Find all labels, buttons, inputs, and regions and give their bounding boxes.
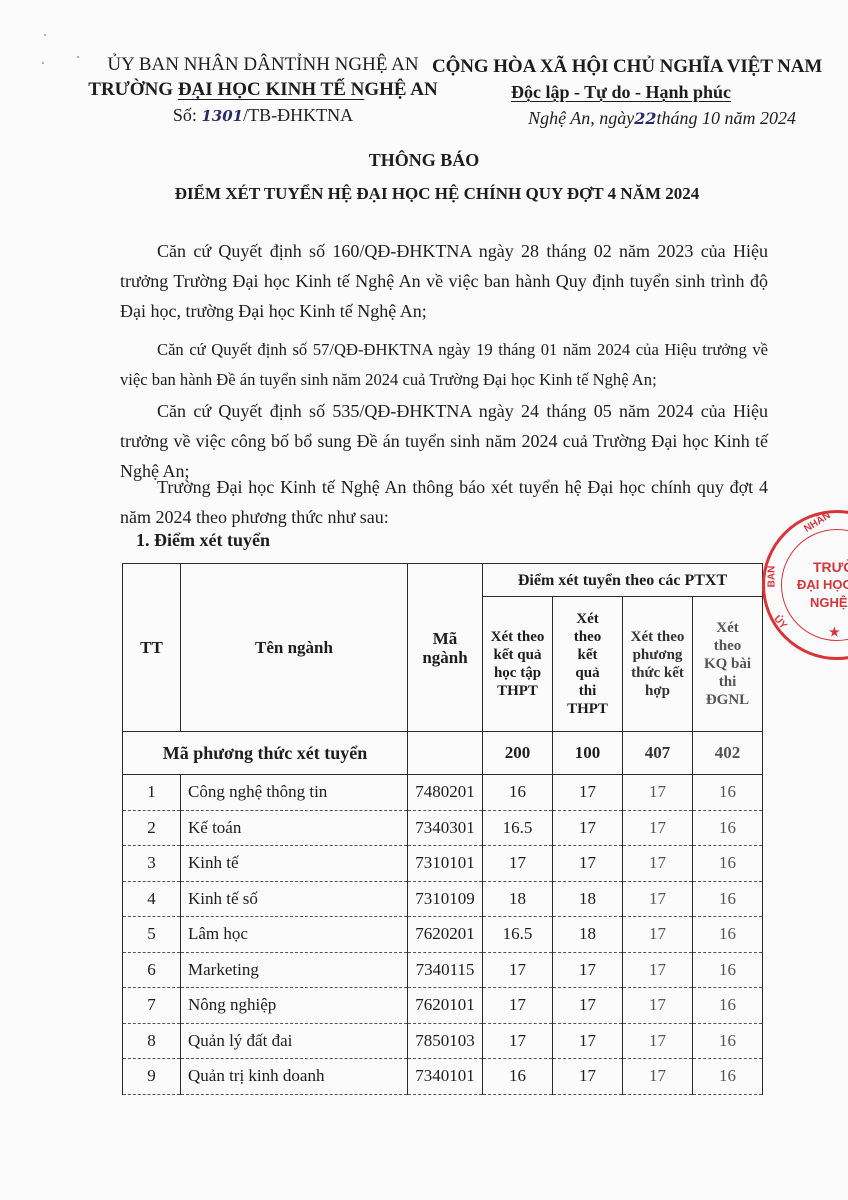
nation-name: CỘNG HÒA XÃ HỘI CHỦ NGHĨA VIỆT NAM bbox=[432, 54, 810, 80]
score-hoc-ba: 16.5 bbox=[483, 917, 553, 953]
table-row: 6Marketing734011517171716 bbox=[123, 952, 763, 988]
major-code: 7340301 bbox=[408, 810, 483, 846]
row-index: 9 bbox=[123, 1059, 181, 1095]
major-name: Quản lý đất đai bbox=[181, 1023, 408, 1059]
method-code: 100 bbox=[553, 732, 623, 775]
row-index: 4 bbox=[123, 881, 181, 917]
header-method-thi-thpt: Xét theo kết quả thi THPT bbox=[553, 597, 623, 732]
score-dgnl: 16 bbox=[693, 775, 763, 811]
major-code: 7850103 bbox=[408, 1023, 483, 1059]
major-code: 7340101 bbox=[408, 1059, 483, 1095]
score-hoc-ba: 18 bbox=[483, 881, 553, 917]
score-thi-thpt: 17 bbox=[553, 775, 623, 811]
scan-speck bbox=[77, 56, 79, 58]
table-row: 8Quản lý đất đai785010317171716 bbox=[123, 1023, 763, 1059]
score-hoc-ba: 16 bbox=[483, 775, 553, 811]
scan-speck bbox=[44, 34, 46, 36]
major-name: Kinh tế số bbox=[181, 881, 408, 917]
method-code: 407 bbox=[623, 732, 693, 775]
major-name: Lâm học bbox=[181, 917, 408, 953]
score-thi-thpt: 17 bbox=[553, 952, 623, 988]
score-thi-thpt: 17 bbox=[553, 988, 623, 1024]
authority-name: ỦY BAN NHÂN DÂNTỈNH NGHỆ AN bbox=[88, 52, 438, 78]
score-dgnl: 16 bbox=[693, 917, 763, 953]
table-row: 7Nông nghiệp762010117171716 bbox=[123, 988, 763, 1024]
paragraph-basis-1: Căn cứ Quyết định số 160/QĐ-ĐHKTNA ngày … bbox=[120, 236, 768, 326]
issuer-header: ỦY BAN NHÂN DÂNTỈNH NGHỆ AN TRƯỜNG ĐẠI H… bbox=[88, 52, 438, 129]
admission-scores-table: TT Tên ngành Mã ngành Điểm xét tuyển the… bbox=[122, 563, 763, 1095]
score-hoc-ba: 17 bbox=[483, 988, 553, 1024]
score-ket-hop: 17 bbox=[623, 1059, 693, 1095]
score-ket-hop: 17 bbox=[623, 846, 693, 882]
header-score-group: Điểm xét tuyển theo các PTXT bbox=[483, 564, 763, 597]
star-icon: ★ bbox=[829, 625, 840, 639]
header-method-hoc-ba: Xét theo kết quả học tập THPT bbox=[483, 597, 553, 732]
score-ket-hop: 17 bbox=[623, 988, 693, 1024]
score-thi-thpt: 18 bbox=[553, 917, 623, 953]
national-header: CỘNG HÒA XÃ HỘI CHỦ NGHĨA VIỆT NAM Độc l… bbox=[432, 54, 810, 133]
score-ket-hop: 17 bbox=[623, 810, 693, 846]
handwritten-day: 22 bbox=[634, 109, 656, 128]
document-title: THÔNG BÁO bbox=[0, 150, 848, 171]
table-row: 4Kinh tế số731010918181716 bbox=[123, 881, 763, 917]
score-ket-hop: 17 bbox=[623, 917, 693, 953]
paragraph-basis-2: Căn cứ Quyết định số 57/QĐ-ĐHKTNA ngày 1… bbox=[120, 335, 768, 395]
method-code: 402 bbox=[693, 732, 763, 775]
major-code: 7310101 bbox=[408, 846, 483, 882]
table-row: 2Kế toán734030116.5171716 bbox=[123, 810, 763, 846]
handwritten-number: 1301 bbox=[201, 107, 243, 125]
header-tt: TT bbox=[123, 564, 181, 732]
major-code: 7620201 bbox=[408, 917, 483, 953]
row-index: 3 bbox=[123, 846, 181, 882]
method-code-row: Mã phương thức xét tuyển 200 100 407 402 bbox=[123, 732, 763, 775]
row-index: 7 bbox=[123, 988, 181, 1024]
school-name: TRƯỜNG ĐẠI HỌC KINH TẾ NGHỆ AN bbox=[88, 78, 438, 102]
major-name: Marketing bbox=[181, 952, 408, 988]
score-ket-hop: 17 bbox=[623, 1023, 693, 1059]
document-date: Nghệ An, ngày22tháng 10 năm 2024 bbox=[432, 104, 810, 133]
document-number: Số: 1301/TB-ĐHKTNA bbox=[88, 102, 438, 129]
header-major-name: Tên ngành bbox=[181, 564, 408, 732]
row-index: 1 bbox=[123, 775, 181, 811]
major-code: 7310109 bbox=[408, 881, 483, 917]
method-code-empty bbox=[408, 732, 483, 775]
row-index: 5 bbox=[123, 917, 181, 953]
score-dgnl: 16 bbox=[693, 988, 763, 1024]
header-method-dgnl: Xét theo KQ bài thi ĐGNL bbox=[693, 597, 763, 732]
score-hoc-ba: 17 bbox=[483, 846, 553, 882]
row-index: 6 bbox=[123, 952, 181, 988]
table-row: 1Công nghệ thông tin748020116171716 bbox=[123, 775, 763, 811]
score-dgnl: 16 bbox=[693, 1059, 763, 1095]
score-thi-thpt: 18 bbox=[553, 881, 623, 917]
score-thi-thpt: 17 bbox=[553, 810, 623, 846]
section-heading: 1. Điểm xét tuyển bbox=[136, 530, 270, 551]
major-name: Quản trị kinh doanh bbox=[181, 1059, 408, 1095]
major-code: 7340115 bbox=[408, 952, 483, 988]
header-method-ket-hop: Xét theo phương thức kết hợp bbox=[623, 597, 693, 732]
score-dgnl: 16 bbox=[693, 881, 763, 917]
major-name: Kế toán bbox=[181, 810, 408, 846]
major-code: 7480201 bbox=[408, 775, 483, 811]
score-dgnl: 16 bbox=[693, 846, 763, 882]
major-name: Kinh tế bbox=[181, 846, 408, 882]
table-row: 3Kinh tế731010117171716 bbox=[123, 846, 763, 882]
score-thi-thpt: 17 bbox=[553, 846, 623, 882]
national-motto: Độc lập - Tự do - Hạnh phúc bbox=[432, 80, 810, 104]
major-name: Nông nghiệp bbox=[181, 988, 408, 1024]
score-dgnl: 16 bbox=[693, 952, 763, 988]
row-index: 2 bbox=[123, 810, 181, 846]
table-row: 9Quản trị kinh doanh734010116171716 bbox=[123, 1059, 763, 1095]
score-thi-thpt: 17 bbox=[553, 1059, 623, 1095]
score-dgnl: 16 bbox=[693, 1023, 763, 1059]
paragraph-announcement: Trường Đại học Kinh tế Nghệ An thông báo… bbox=[120, 472, 768, 532]
table-row: 5Lâm học762020116.5181716 bbox=[123, 917, 763, 953]
red-seal-stamp: NHÂN BAN ỦY TRƯỜ ĐẠI HỌC NGHỆ ★ bbox=[762, 510, 848, 660]
major-name: Công nghệ thông tin bbox=[181, 775, 408, 811]
score-hoc-ba: 16 bbox=[483, 1059, 553, 1095]
score-dgnl: 16 bbox=[693, 810, 763, 846]
header-major-code: Mã ngành bbox=[408, 564, 483, 732]
method-code: 200 bbox=[483, 732, 553, 775]
score-hoc-ba: 17 bbox=[483, 1023, 553, 1059]
score-ket-hop: 17 bbox=[623, 881, 693, 917]
major-code: 7620101 bbox=[408, 988, 483, 1024]
scan-speck bbox=[42, 62, 44, 64]
row-index: 8 bbox=[123, 1023, 181, 1059]
score-ket-hop: 17 bbox=[623, 775, 693, 811]
score-ket-hop: 17 bbox=[623, 952, 693, 988]
method-code-label: Mã phương thức xét tuyển bbox=[123, 732, 408, 775]
score-hoc-ba: 16.5 bbox=[483, 810, 553, 846]
score-thi-thpt: 17 bbox=[553, 1023, 623, 1059]
document-subtitle: ĐIỂM XÉT TUYỂN HỆ ĐẠI HỌC HỆ CHÍNH QUY Đ… bbox=[0, 184, 848, 204]
score-hoc-ba: 17 bbox=[483, 952, 553, 988]
